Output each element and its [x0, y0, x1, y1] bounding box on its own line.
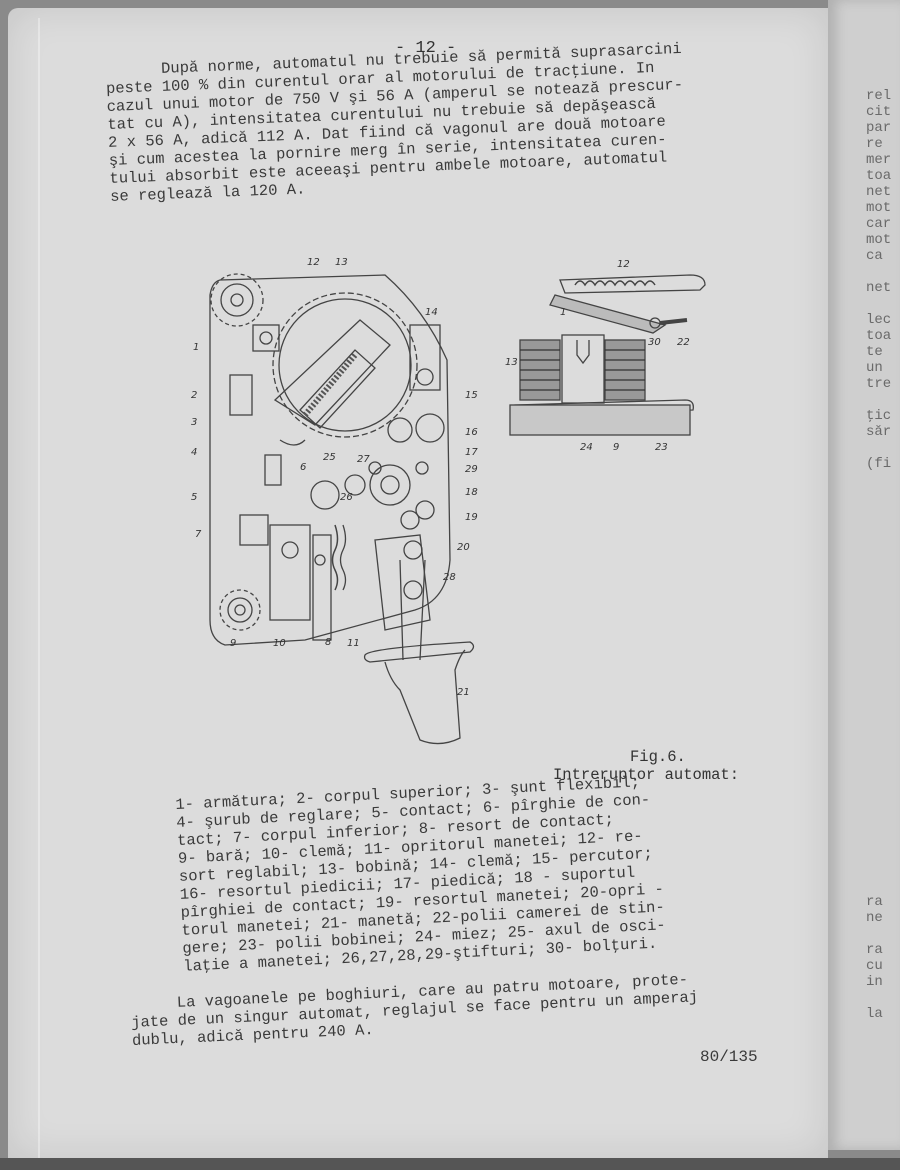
- svg-text:23: 23: [655, 442, 668, 453]
- svg-text:10: 10: [273, 638, 286, 649]
- svg-text:27: 27: [357, 454, 370, 465]
- paragraph-1: După norme, automatul nu trebuie să perm…: [105, 40, 687, 206]
- page-edge: [38, 18, 40, 1158]
- svg-text:13: 13: [335, 257, 348, 268]
- svg-text:18: 18: [465, 487, 478, 498]
- svg-text:12: 12: [307, 257, 320, 268]
- next-page-text-bottom: ra ne ra cu in la: [866, 894, 883, 1022]
- svg-text:15: 15: [465, 390, 478, 401]
- svg-text:7: 7: [195, 529, 202, 540]
- next-page-text-top: rel cit par re mer toa net mot car mot c…: [866, 88, 891, 472]
- svg-text:16: 16: [465, 427, 478, 438]
- svg-text:6: 6: [300, 462, 306, 473]
- scan-bottom-edge: [0, 1158, 900, 1170]
- svg-text:3: 3: [191, 417, 197, 428]
- svg-text:17: 17: [465, 447, 478, 458]
- svg-text:2: 2: [191, 390, 197, 401]
- svg-text:19: 19: [465, 512, 478, 523]
- svg-text:26: 26: [340, 492, 353, 503]
- figure-legend: 1- armătura; 2- corpul superior; 3- şunt…: [175, 772, 667, 975]
- svg-text:11: 11: [347, 638, 360, 649]
- svg-text:14: 14: [425, 307, 438, 318]
- figure-number: Fig.6.: [630, 748, 686, 766]
- svg-text:4: 4: [191, 447, 197, 458]
- svg-text:20: 20: [457, 542, 470, 553]
- figure-left-drawing: 1213 141 23 45 67 89 1011 1516 1729 1819…: [185, 250, 485, 750]
- figure-right-drawing: 121 3022 1324 923: [505, 255, 735, 455]
- svg-text:12: 12: [617, 259, 630, 270]
- svg-text:5: 5: [191, 492, 197, 503]
- svg-text:30: 30: [648, 337, 661, 348]
- svg-text:22: 22: [677, 337, 690, 348]
- svg-text:1: 1: [560, 307, 566, 318]
- svg-text:1: 1: [193, 342, 199, 353]
- svg-text:9: 9: [613, 442, 619, 453]
- svg-text:21: 21: [457, 687, 470, 698]
- svg-text:25: 25: [323, 452, 336, 463]
- svg-text:8: 8: [325, 637, 331, 648]
- svg-text:9: 9: [230, 638, 236, 649]
- svg-text:24: 24: [580, 442, 593, 453]
- svg-text:13: 13: [505, 357, 518, 368]
- svg-text:29: 29: [465, 464, 478, 475]
- page-footer-counter: 80/135: [700, 1048, 758, 1066]
- svg-text:28: 28: [443, 572, 456, 583]
